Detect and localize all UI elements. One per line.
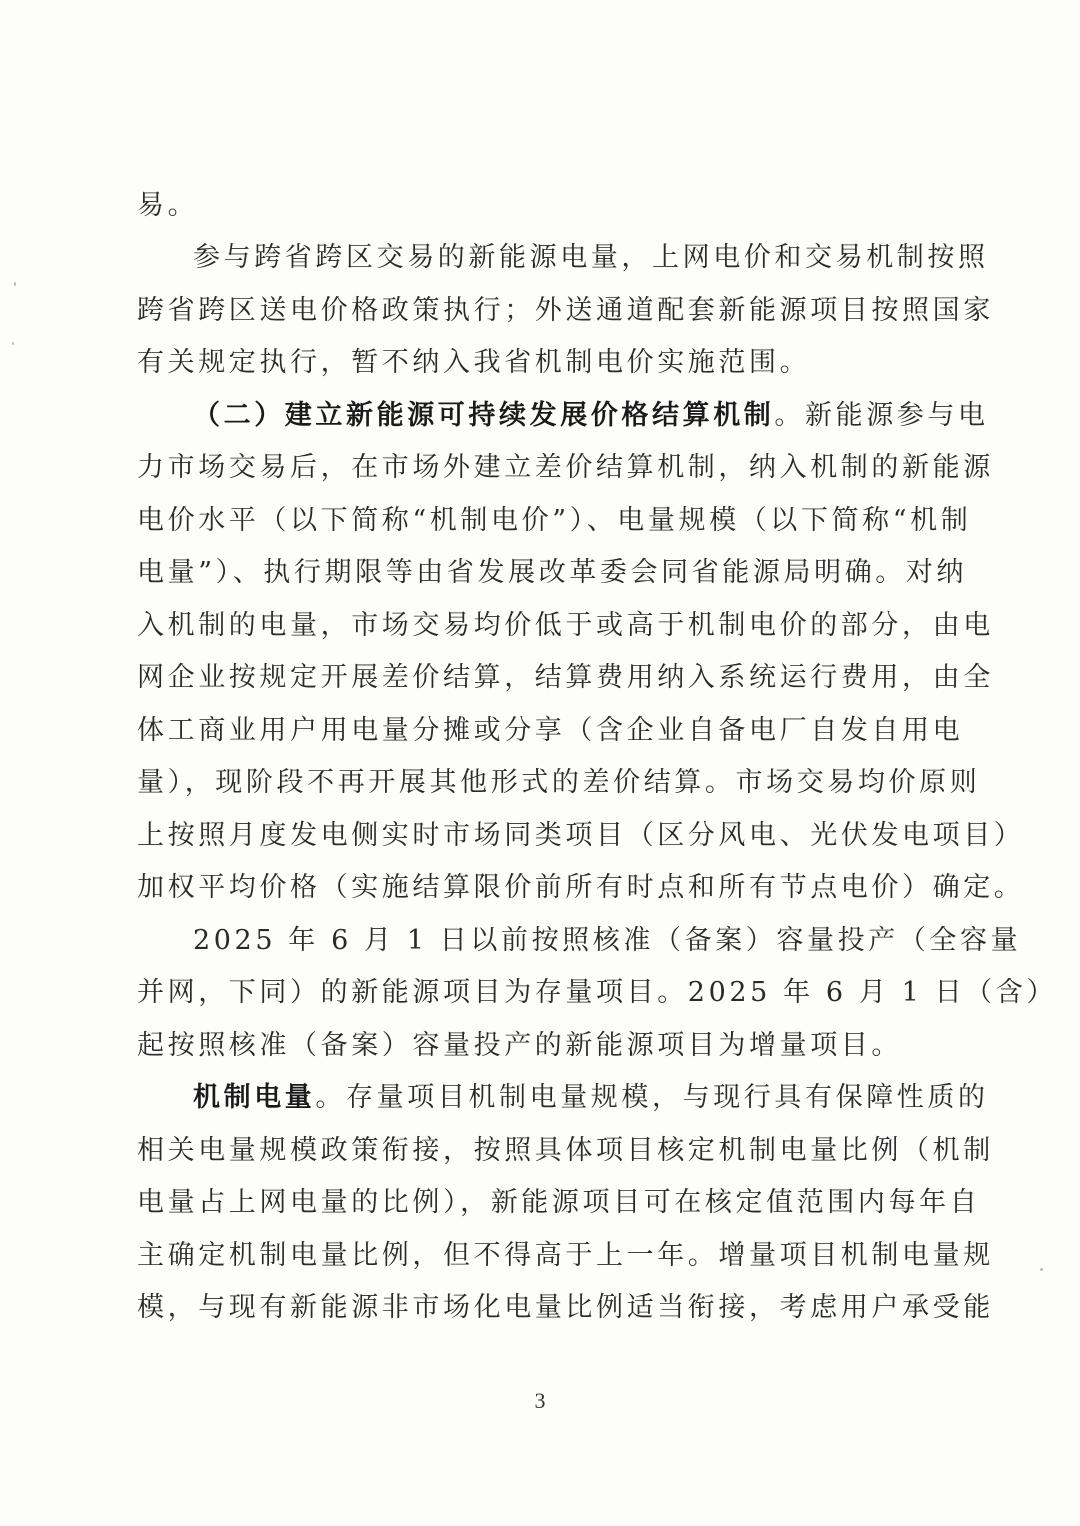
text-line-11: 体工商业用户用电量分摊或分享（含企业自备电厂自发自用电 <box>137 711 943 751</box>
line-text: 电价水平（以下简称“机制电价”）、电量规模（以下简称“机制 <box>137 505 971 536</box>
text-line-10: 网企业按规定开展差价结算，结算费用纳入系统运行费用，由全 <box>137 658 943 698</box>
text-line-3: 跨省跨区送电价格政策执行；外送通道配套新能源项目按照国家 <box>137 291 943 331</box>
line-text: 上按照月度发电侧实时市场同类项目（区分风电、光伏发电项目） <box>137 820 1024 851</box>
line-text: 。存量项目机制电量规模，与现行具有保障性质的 <box>315 1082 988 1113</box>
line-text: 并网，下同）的新能源项目为存量项目。2025 年 6 月 1 日（含） <box>137 977 1057 1008</box>
line-text: 量），现阶段不再开展其他形式的差价结算。市场交易均价原则 <box>137 767 980 798</box>
scan-speck <box>12 342 14 345</box>
page-number: 3 <box>0 1388 1080 1414</box>
text-line-16: 并网，下同）的新能源项目为存量项目。2025 年 6 月 1 日（含） <box>137 973 943 1013</box>
line-text: 有关规定执行，暂不纳入我省机制电价实施范围。 <box>137 347 810 378</box>
line-text: 模，与现有新能源非市场化电量比例适当衔接，考虑用户承受能 <box>137 1292 994 1323</box>
line-text: 相关电量规模政策衔接，按照具体项目核定机制电量比例（机制 <box>137 1135 994 1166</box>
section-heading-2: （二）建立新能源可持续发展价格结算机制。新能源参与电 <box>193 396 943 436</box>
line-text: 网企业按规定开展差价结算，结算费用纳入系统运行费用，由全 <box>137 662 994 693</box>
text-line-19: 相关电量规模政策衔接，按照具体项目核定机制电量比例（机制 <box>137 1131 943 1171</box>
subheading-bold: 机制电量 <box>193 1082 315 1113</box>
text-line-12: 量），现阶段不再开展其他形式的差价结算。市场交易均价原则 <box>137 763 943 803</box>
line-text: 体工商业用户用电量分摊或分享（含企业自备电厂自发自用电 <box>137 715 963 746</box>
document-page: 易。 参与跨省跨区交易的新能源电量，上网电价和交易机制按照 跨省跨区送电价格政策… <box>0 0 1080 1526</box>
line-text: 主确定机制电量比例，但不得高于上一年。增量项目机制电量规 <box>137 1240 994 1271</box>
section-heading-bold: （二）建立新能源可持续发展价格结算机制 <box>193 400 774 431</box>
line-text: 易。 <box>137 190 198 221</box>
text-line-14: 加权平均价格（实施结算限价前所有时点和所有节点电价）确定。 <box>137 868 943 908</box>
subheading-mechanism-volume: 机制电量。存量项目机制电量规模，与现行具有保障性质的 <box>193 1078 943 1118</box>
paragraph-date-start: 2025 年 6 月 1 日以前按照核准（备案）容量投产（全容量 <box>193 921 943 961</box>
text-line-1: 易。 <box>137 186 943 226</box>
line-text: 入机制的电量，市场交易均价低于或高于机制电价的部分，由电 <box>137 610 994 641</box>
text-line-6: 力市场交易后，在市场外建立差价结算机制，纳入机制的新能源 <box>137 448 943 488</box>
line-text: 2025 年 6 月 1 日以前按照核准（备案）容量投产（全容量 <box>193 925 1021 956</box>
line-text: 加权平均价格（实施结算限价前所有时点和所有节点电价）确定。 <box>137 872 1024 903</box>
line-text: 参与跨省跨区交易的新能源电量，上网电价和交易机制按照 <box>193 242 989 273</box>
line-text: 力市场交易后，在市场外建立差价结算机制，纳入机制的新能源 <box>137 452 994 483</box>
line-text: 。新能源参与电 <box>774 400 988 431</box>
text-line-21: 主确定机制电量比例，但不得高于上一年。增量项目机制电量规 <box>137 1236 943 1276</box>
text-line-22: 模，与现有新能源非市场化电量比例适当衔接，考虑用户承受能 <box>137 1288 943 1328</box>
line-text: 电量”）、执行期限等由省发展改革委会同省能源局明确。对纳 <box>137 557 967 588</box>
line-text: 电量占上网电量的比例），新能源项目可在核定值范围内每年自 <box>137 1187 980 1218</box>
line-text: 起按照核准（备案）容量投产的新能源项目为增量项目。 <box>137 1030 902 1061</box>
paragraph-cross-region-start: 参与跨省跨区交易的新能源电量，上网电价和交易机制按照 <box>193 238 943 278</box>
scan-speck <box>1040 1268 1043 1271</box>
text-line-13: 上按照月度发电侧实时市场同类项目（区分风电、光伏发电项目） <box>137 816 943 856</box>
text-line-7: 电价水平（以下简称“机制电价”）、电量规模（以下简称“机制 <box>137 501 943 541</box>
text-line-20: 电量占上网电量的比例），新能源项目可在核定值范围内每年自 <box>137 1183 943 1223</box>
scan-speck <box>14 282 16 286</box>
line-text: 跨省跨区送电价格政策执行；外送通道配套新能源项目按照国家 <box>137 295 994 326</box>
text-line-8: 电量”）、执行期限等由省发展改革委会同省能源局明确。对纳 <box>137 553 943 593</box>
text-line-17: 起按照核准（备案）容量投产的新能源项目为增量项目。 <box>137 1026 943 1066</box>
text-line-9: 入机制的电量，市场交易均价低于或高于机制电价的部分，由电 <box>137 606 943 646</box>
text-line-4: 有关规定执行，暂不纳入我省机制电价实施范围。 <box>137 343 943 383</box>
